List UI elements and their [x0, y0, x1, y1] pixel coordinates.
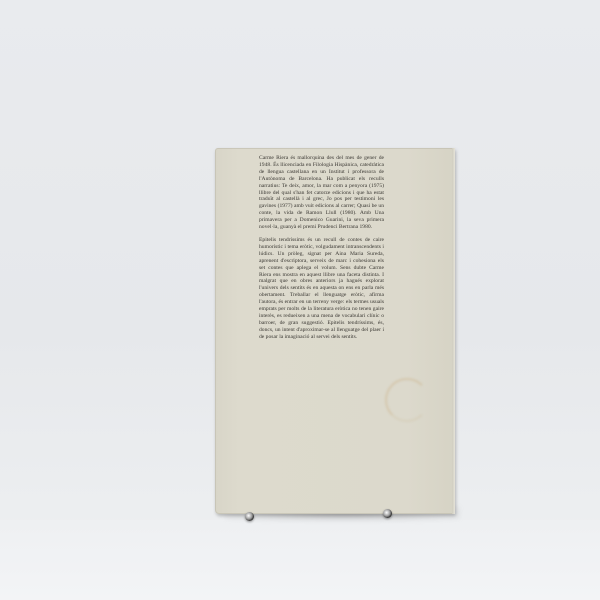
author-bio-paragraph: Carme Riera és mallorquina des del mes d… [259, 155, 384, 231]
water-stain [385, 378, 429, 422]
blurb-text: Carme Riera és mallorquina des del mes d… [259, 155, 384, 347]
stand-peg-left [245, 512, 254, 521]
book-page-edge [452, 148, 455, 514]
book-description-paragraph: Epitelis tendríssims és un recull de con… [259, 237, 384, 341]
stand-peg-right [383, 509, 392, 518]
table-surface [0, 520, 600, 600]
book-back-cover: Carme Riera és mallorquina des del mes d… [215, 148, 455, 514]
